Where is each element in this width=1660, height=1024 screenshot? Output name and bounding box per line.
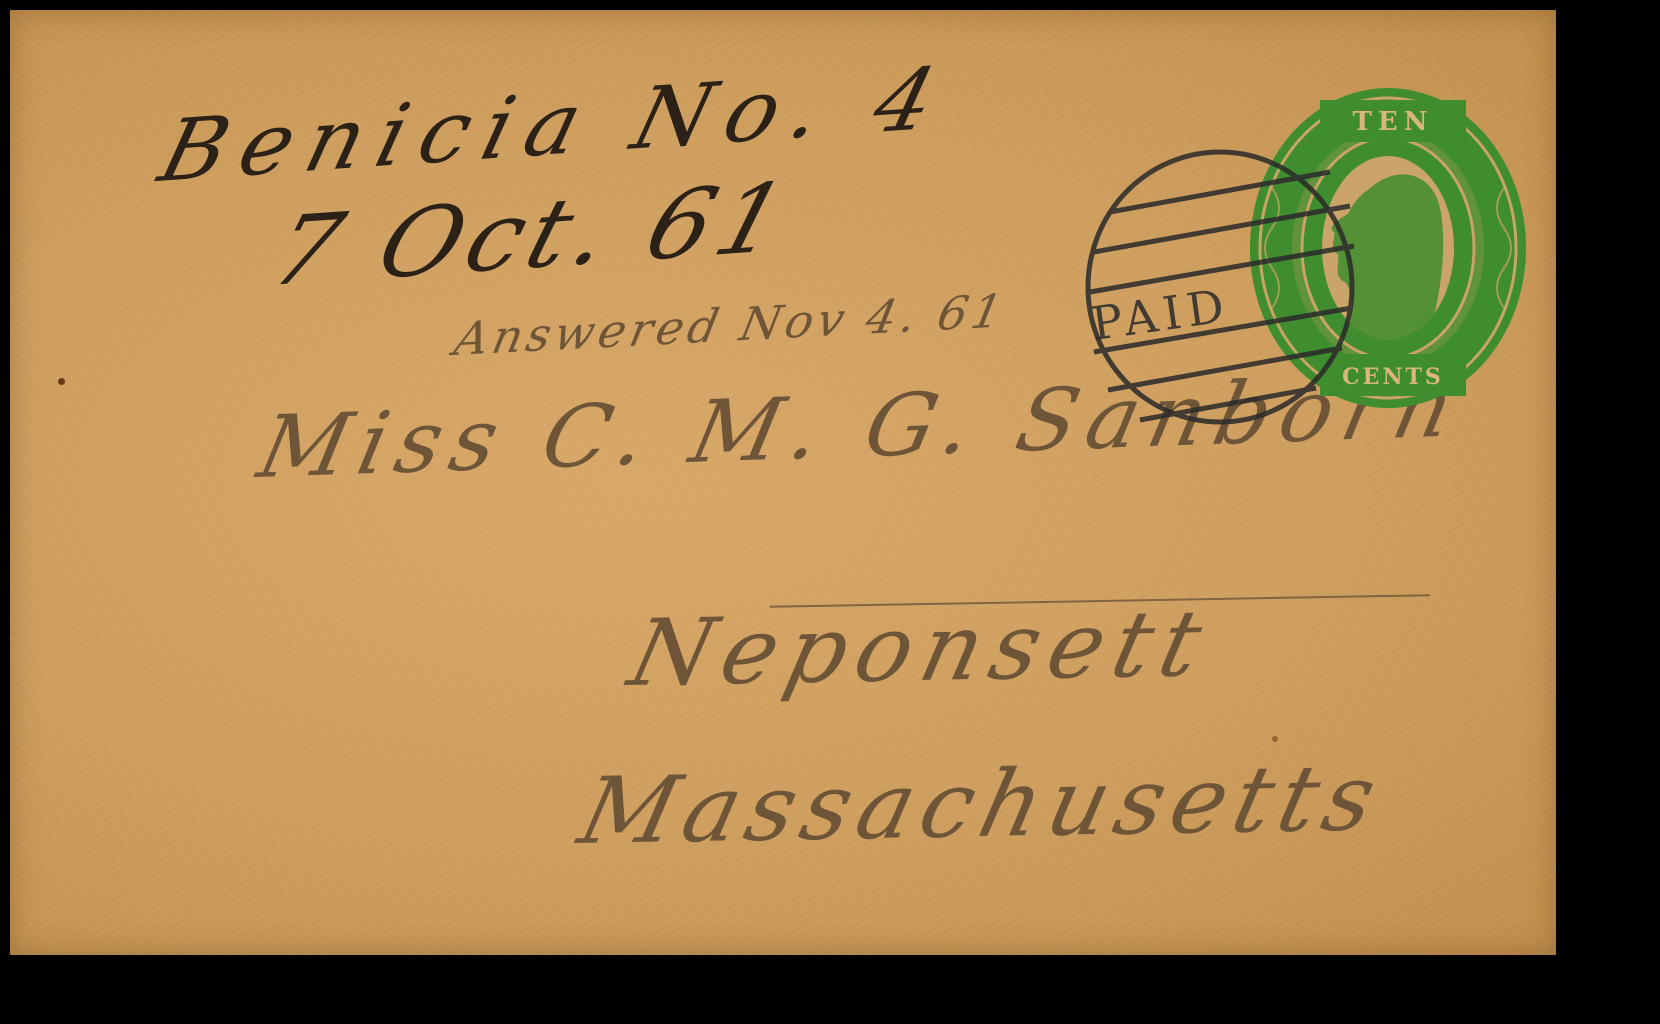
address-line-2: Neponsett	[620, 590, 1221, 707]
svg-text:TEN: TEN	[1353, 107, 1434, 137]
address-line-3: Massachusetts	[570, 744, 1393, 865]
ink-spot	[58, 378, 65, 385]
paid-postmark: PAID	[1080, 142, 1370, 432]
ink-spot	[1272, 736, 1278, 742]
envelope: Benicia No. 4 7 Oct. 61 Answered Nov 4. …	[10, 10, 1556, 955]
answered-note: Answered Nov 4. 61	[450, 284, 1011, 366]
postmark-icon: PAID	[1080, 142, 1370, 432]
